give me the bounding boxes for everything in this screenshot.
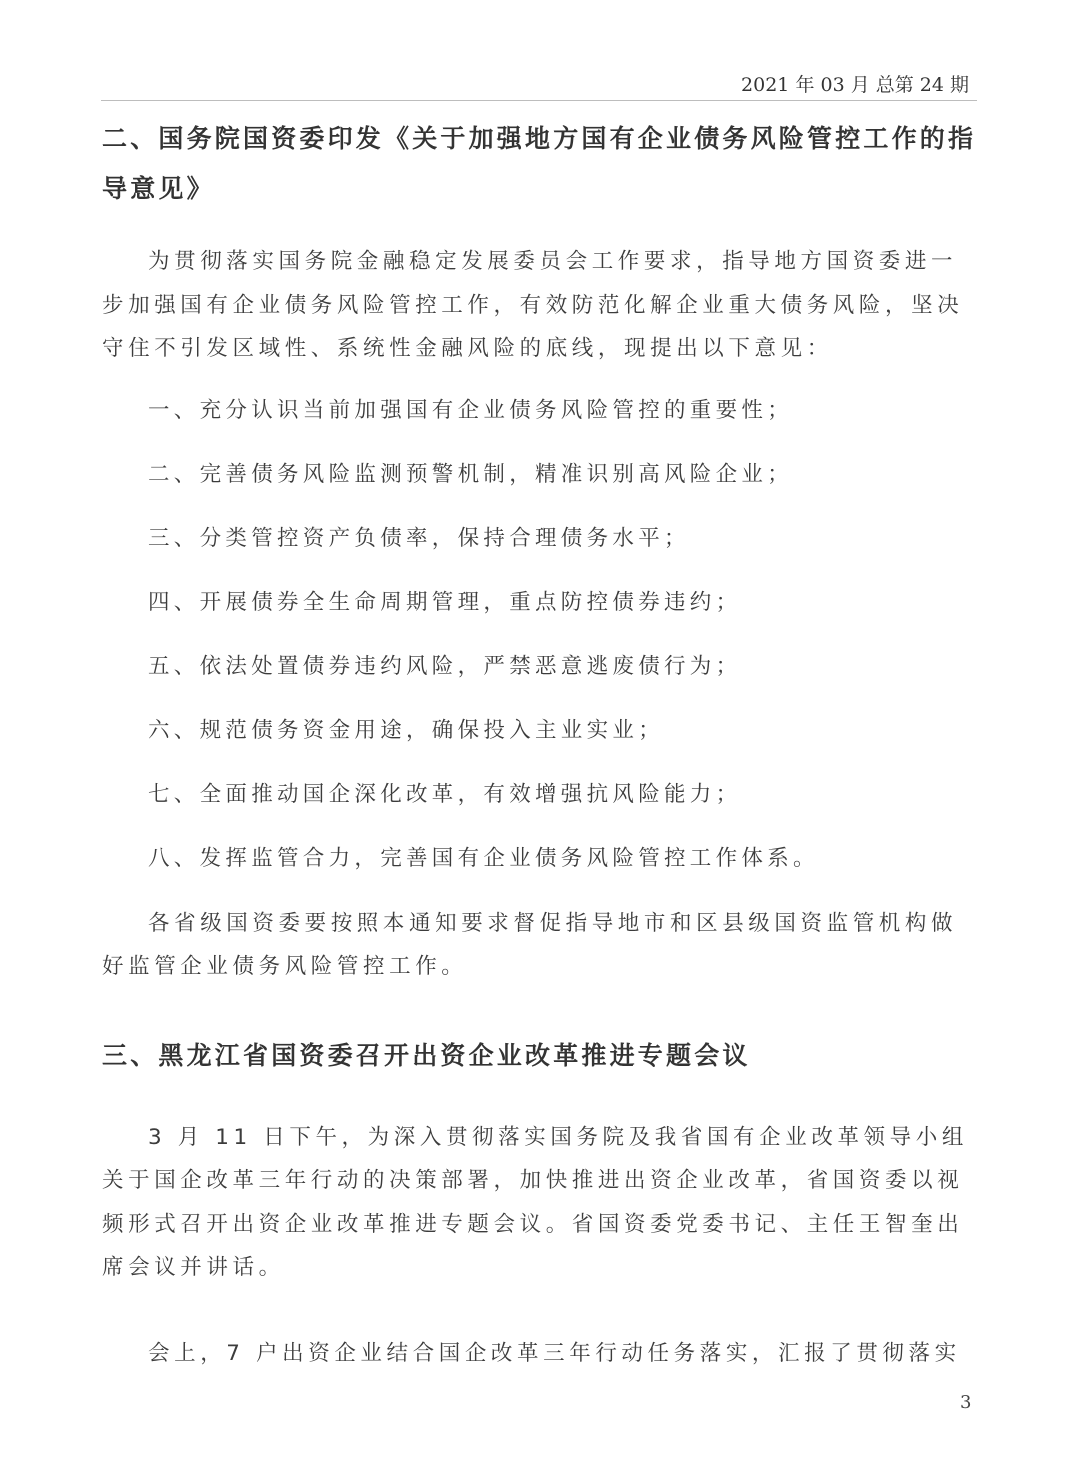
section-3-paragraph-2: 会上，7 户出资企业结合国企改革三年行动任务落实，汇报了贯彻落实 (102, 1332, 978, 1376)
section-2-intro: 为贯彻落实国务院金融稳定发展委员会工作要求，指导地方国资委进一步加强国有企业债务… (102, 240, 978, 371)
section-2-closing: 各省级国资委要按照本通知要求督促指导地市和区县级国资监管机构做好监管企业债务风险… (102, 902, 978, 989)
opinion-list: 一、充分认识当前加强国有企业债务风险管控的重要性； 二、完善债务风险监测预警机制… (102, 396, 978, 874)
opinion-item-2: 二、完善债务风险监测预警机制，精准识别高风险企业； (102, 460, 978, 490)
opinion-item-5: 五、依法处置债券违约风险，严禁恶意逃废债行为； (102, 652, 978, 682)
section-title-2: 二、国务院国资委印发《关于加强地方国有企业债务风险管控工作的指导意见》 (102, 114, 978, 214)
page-number: 3 (960, 1392, 971, 1413)
section-title-3: 三、黑龙江省国资委召开出资企业改革推进专题会议 (102, 1031, 978, 1081)
page-header: 2021 年 03 月 总第 24 期 (101, 72, 977, 101)
document-body: 二、国务院国资委印发《关于加强地方国有企业债务风险管控工作的指导意见》 为贯彻落… (102, 112, 978, 1375)
issue-info: 2021 年 03 月 总第 24 期 (741, 74, 977, 96)
opinion-item-1: 一、充分认识当前加强国有企业债务风险管控的重要性； (102, 396, 978, 426)
section-3-paragraph-1: 3 月 11 日下午，为深入贯彻落实国务院及我省国有企业改革领导小组关于国企改革… (102, 1116, 978, 1290)
opinion-item-7: 七、全面推动国企深化改革，有效增强抗风险能力； (102, 780, 978, 810)
opinion-item-8: 八、发挥监管合力，完善国有企业债务风险管控工作体系。 (102, 844, 978, 874)
opinion-item-4: 四、开展债券全生命周期管理，重点防控债券违约； (102, 588, 978, 618)
opinion-item-3: 三、分类管控资产负债率，保持合理债务水平； (102, 524, 978, 554)
opinion-item-6: 六、规范债务资金用途，确保投入主业实业； (102, 716, 978, 746)
